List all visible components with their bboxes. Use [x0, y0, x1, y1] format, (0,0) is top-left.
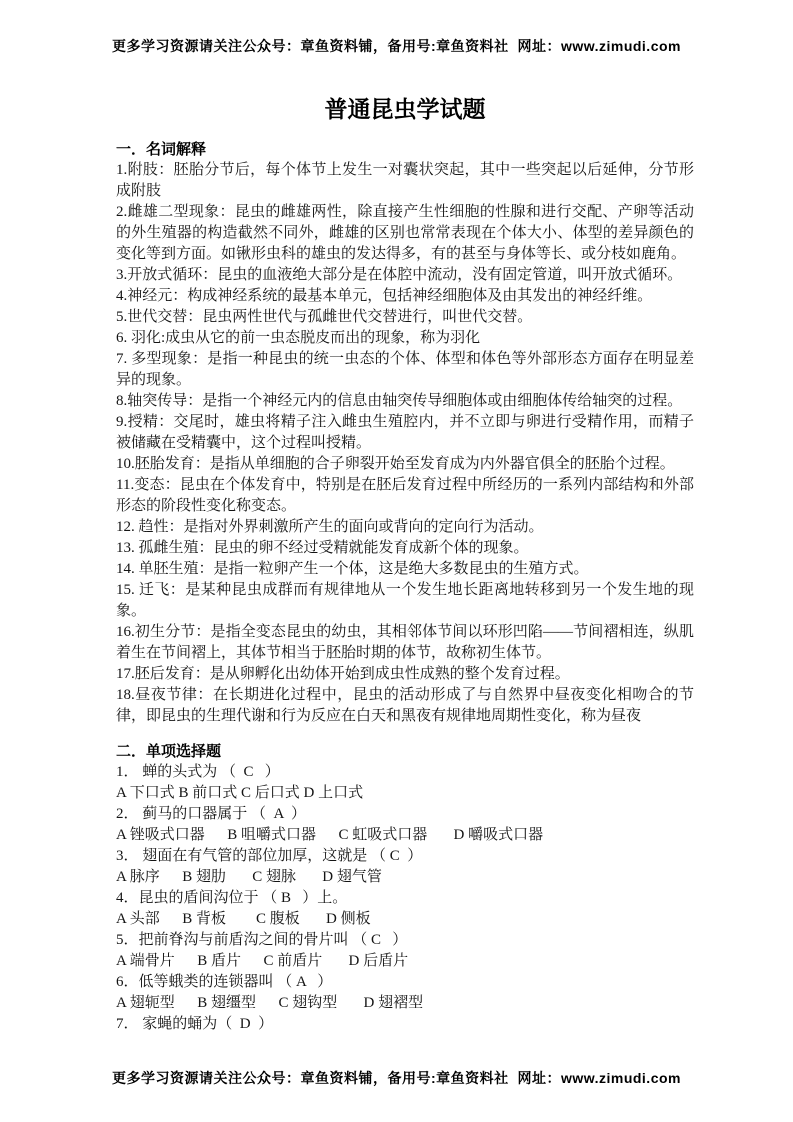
definition-item: 11.变态：昆虫在个体发育中，特别是在胚后发育过程中所经历的一系列内部结构和外部… — [116, 475, 694, 517]
footer-promo-note: 更多学习资源请关注公众号：章鱼资料铺，备用号:章鱼资料社 网址：www.zimu… — [0, 1068, 793, 1088]
question-line: 4．昆虫的盾间沟位于 （ B ）上。 — [116, 888, 694, 909]
definition-item: 14. 单胚生殖：是指一粒卵产生一个体，这是绝大多数昆虫的生殖方式。 — [116, 559, 694, 580]
question-line: 6．低等蛾类的连锁器叫 （ A ） — [116, 972, 694, 993]
question-line: A 头部 B 背板 C 腹板 D 侧板 — [116, 909, 694, 930]
multiple-choice-list: 1． 蝉的头式为 （ C ） A 下口式 B 前口式 C 后口式 D 上口式 2… — [116, 762, 694, 1035]
definitions-list: 1.附肢：胚胎分节后，每个体节上发生一对囊状突起，其中一些突起以后延伸，分节形成… — [116, 160, 694, 727]
definition-item: 8.轴突传导：是指一个神经元内的信息由轴突传导细胞体或由细胞体传给轴突的过程。 — [116, 391, 694, 412]
definition-item: 10.胚胎发育：是指从单细胞的合子卵裂开始至发育成为内外器官俱全的胚胎个过程。 — [116, 454, 694, 475]
definition-item: 9.授精：交尾时，雄虫将精子注入雌虫生殖腔内，并不立即与卵进行受精作用，而精子被… — [116, 412, 694, 454]
question-line: 1． 蝉的头式为 （ C ） — [116, 762, 694, 783]
question-line: A 翅轭型 B 翅缰型 C 翅钩型 D 翅褶型 — [116, 993, 694, 1014]
definition-item: 5.世代交替：昆虫两性世代与孤雌世代交替进行，叫世代交替。 — [116, 307, 694, 328]
definition-item: 3.开放式循环：昆虫的血液绝大部分是在体腔中流动，没有固定管道，叫开放式循环。 — [116, 265, 694, 286]
question-line: A 锉吸式口器 B 咀嚼式口器 C 虹吸式口器 D 嚼吸式口器 — [116, 825, 694, 846]
definition-item: 18.昼夜节律：在长期进化过程中，昆虫的活动形成了与自然界中昼夜变化相吻合的节律… — [116, 685, 694, 727]
section-heading-definitions: 一．名词解释 — [116, 139, 694, 160]
definition-item: 15. 迁飞：是某种昆虫成群而有规律地从一个发生地长距离地转移到另一个发生地的现… — [116, 580, 694, 622]
question-line: 2． 蓟马的口器属于 （ A ） — [116, 804, 694, 825]
definition-item: 7. 多型现象：是指一种昆虫的统一虫态的个体、体型和体色等外部形态方面存在明显差… — [116, 349, 694, 391]
question-line: A 脉序 B 翅肋 C 翅脉 D 翅气管 — [116, 867, 694, 888]
question-line: 7． 家蝇的蛹为（ D ） — [116, 1014, 694, 1035]
section-heading-multiple-choice: 二．单项选择题 — [116, 741, 694, 762]
document-body: 普通昆虫学试题 一．名词解释 1.附肢：胚胎分节后，每个体节上发生一对囊状突起，… — [116, 0, 694, 1035]
question-line: 3． 翅面在有气管的部位加厚，这就是 （ C ） — [116, 846, 694, 867]
definition-item: 13. 孤雌生殖：昆虫的卵不经过受精就能发育成新个体的现象。 — [116, 538, 694, 559]
definition-item: 2.雌雄二型现象：昆虫的雌雄两性，除直接产生性细胞的性腺和进行交配、产卵等活动的… — [116, 202, 694, 265]
document-title: 普通昆虫学试题 — [116, 0, 694, 124]
definition-item: 1.附肢：胚胎分节后，每个体节上发生一对囊状突起，其中一些突起以后延伸，分节形成… — [116, 160, 694, 202]
definition-item: 16.初生分节：是指全变态昆虫的幼虫，其相邻体节间以环形凹陷——节间褶相连，纵肌… — [116, 622, 694, 664]
definition-item: 6. 羽化:成虫从它的前一虫态脱皮而出的现象，称为羽化 — [116, 328, 694, 349]
definition-item: 4.神经元：构成神经系统的最基本单元，包括神经细胞体及由其发出的神经纤维。 — [116, 286, 694, 307]
question-line: 5．把前脊沟与前盾沟之间的骨片叫 （ C ） — [116, 930, 694, 951]
definition-item: 17.胚后发育：是从卵孵化出幼体开始到成虫性成熟的整个发育过程。 — [116, 664, 694, 685]
question-line: A 下口式 B 前口式 C 后口式 D 上口式 — [116, 783, 694, 804]
question-line: A 端骨片 B 盾片 C 前盾片 D 后盾片 — [116, 951, 694, 972]
definition-item: 12. 趋性：是指对外界刺激所产生的面向或背向的定向行为活动。 — [116, 517, 694, 538]
